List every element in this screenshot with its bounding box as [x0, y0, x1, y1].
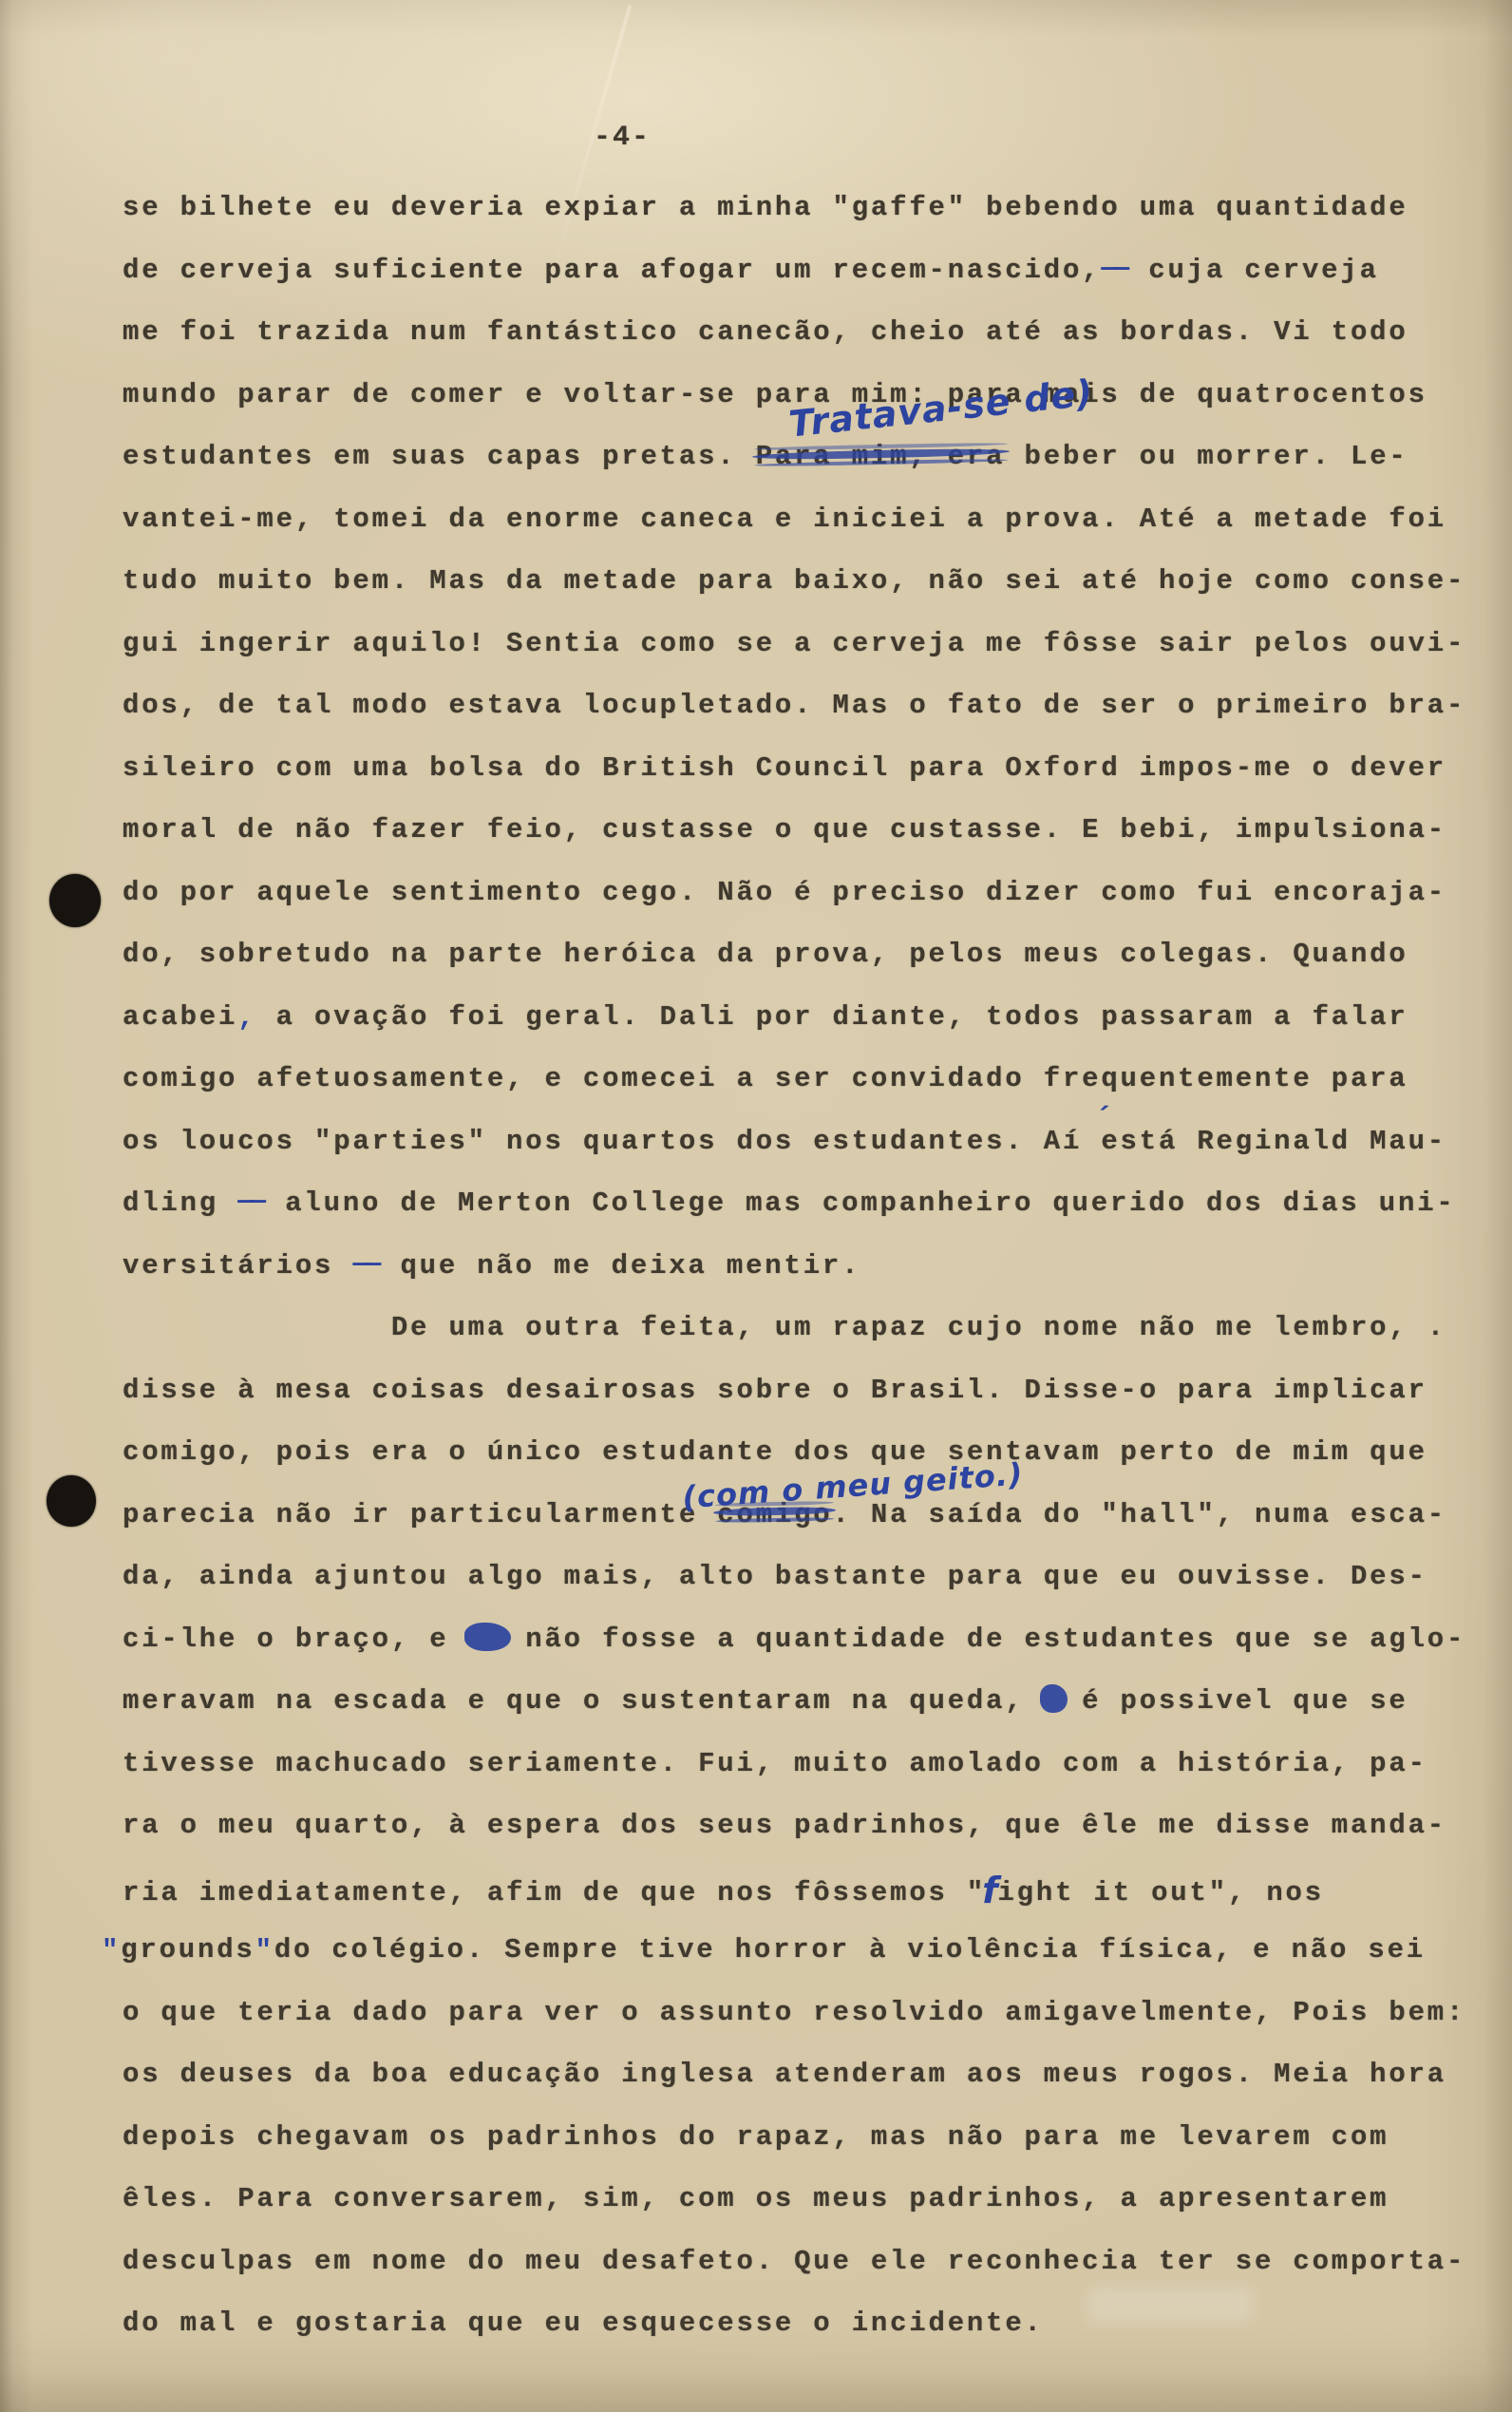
typed-text: gui ingerir aquilo! Sentia como se a cer… [123, 628, 1465, 659]
handwritten-ink: " [102, 1935, 121, 1966]
typed-line-17: dling —— aluno de Merton College mas com… [123, 1172, 1490, 1235]
typed-text: estudantes em suas capas pretas. [123, 441, 756, 472]
typed-text: meravam na escada e que o sustentaram na… [123, 1685, 1044, 1717]
typed-text: . Na saída do "hall", numa esca- [833, 1499, 1447, 1530]
typed-line-14: acabei, a ovação foi geral. Dali por dia… [123, 986, 1490, 1049]
typed-line-18: versitários —— que não me deixa mentir. [123, 1235, 1490, 1298]
typed-text: do por aquele sentimento cego. Não é pre… [123, 877, 1446, 908]
typed-text: comigo afetuosamente, e comecei a ser co… [123, 1063, 1408, 1094]
typed-line-10: sileiro com uma bolsa do British Council… [123, 737, 1490, 800]
typed-text: êles. Para conversarem, sim, com os meus… [123, 2183, 1389, 2214]
handwritten-letter: f [982, 1870, 1000, 1911]
handwritten-dash: —— [237, 1186, 261, 1217]
typed-text: versitários [123, 1250, 352, 1282]
typed-text: depois chegavam os padrinhos do rapaz, m… [123, 2121, 1389, 2153]
typed-line-16: os loucos "parties" nos quartos dos estu… [123, 1111, 1490, 1173]
typed-text: beber ou morrer. Le- [1005, 441, 1408, 472]
handwritten-ink: , [237, 1002, 256, 1034]
typed-text: os loucos "parties" nos quartos dos estu… [123, 1126, 1446, 1157]
typed-text: grounds [121, 1934, 255, 1966]
typed-line-12: do por aquele sentimento cego. Não é pre… [123, 862, 1490, 924]
typed-text: é possivel que se [1063, 1685, 1408, 1717]
typed-line-32: depois chegavam os padrinhos do rapaz, m… [123, 2106, 1490, 2169]
typed-text: comigo, pois era o único estudante dos q… [123, 1436, 1427, 1468]
typed-line-3: me foi trazida num fantástico canecão, c… [123, 301, 1490, 364]
typed-text: da, ainda ajuntou algo mais, alto bastan… [123, 1561, 1427, 1592]
typed-text: dling [123, 1187, 237, 1219]
typed-line-24: ci-lhe o braço, e se não fosse a quantid… [123, 1608, 1490, 1671]
typed-line-1: se bilhete eu deveria expiar a minha "ga… [123, 177, 1490, 239]
typed-text: disse à mesa coisas desairosas sobre o B… [123, 1375, 1427, 1406]
handwritten-dash: —— [1101, 253, 1125, 284]
typed-line-28: ria imediatamente, afim de que nos fôsse… [123, 1857, 1490, 1920]
typed-text: moral de não fazer feio, custasse o que … [123, 814, 1446, 845]
typed-line-30: o que teria dado para ver o assunto reso… [123, 1982, 1490, 2044]
typed-line-15: comigo afetuosamente, e comecei a ser co… [123, 1048, 1490, 1111]
page-number: -4- [546, 122, 698, 154]
typed-text: De uma outra feita, um rapaz cujo nome n… [123, 1312, 1446, 1343]
struck-text: Para mim, era [756, 441, 1006, 472]
typed-text: a ovação foi geral. Dali por diante, tod… [256, 1001, 1408, 1033]
typed-text: se bilhete eu deveria expiar a minha "ga… [123, 192, 1408, 223]
typed-text: acabei [123, 1001, 237, 1033]
typed-line-23: da, ainda ajuntou algo mais, alto bastan… [123, 1546, 1490, 1608]
typed-text: não fosse a quantidade de estudantes que… [506, 1624, 1465, 1655]
typed-text: parecia não ir particularmente [123, 1499, 717, 1530]
handwritten-dash: —— [352, 1248, 376, 1280]
typed-text: cuja cerveja [1129, 255, 1379, 286]
typed-text: mundo parar de comer e voltar-se para mi… [123, 379, 1427, 410]
typed-line-11: moral de não fazer feio, custasse o que … [123, 799, 1490, 862]
typed-line-7: tudo muito bem. Mas da metade para baixo… [123, 550, 1490, 613]
document-page: -4- se bilhete eu deveria expiar a minha… [0, 0, 1512, 2412]
typed-text: tudo muito bem. Mas da metade para baixo… [123, 565, 1465, 597]
typed-text: os deuses da boa educação inglesa atende… [123, 2059, 1446, 2090]
typed-line-2: de cerveja suficiente para afogar um rec… [123, 239, 1490, 302]
typed-text: que não me deixa mentir. [381, 1250, 860, 1282]
typed-line-13: do, sobretudo na parte heróica da prova,… [123, 923, 1490, 986]
typed-line-27: ra o meu quarto, à espera dos seus padri… [123, 1795, 1490, 1857]
typed-text: do colégio. Sempre tive horror à violênc… [274, 1934, 1426, 1966]
typed-text-block: se bilhete eu deveria expiar a minha "ga… [123, 177, 1490, 2355]
typed-line-25: meravam na escada e que o sustentaram na… [123, 1670, 1490, 1733]
typed-line-8: gui ingerir aquilo! Sentia como se a cer… [123, 613, 1490, 675]
typed-text: aluno de Merton College mas companheiro … [266, 1187, 1456, 1219]
typed-text: ra o meu quarto, à espera dos seus padri… [123, 1810, 1446, 1841]
typed-line-6: vantei-me, tomei da enorme caneca e inic… [123, 488, 1490, 551]
typed-line-20: disse à mesa coisas desairosas sobre o B… [123, 1359, 1490, 1422]
handwritten-ink: " [255, 1935, 274, 1966]
typed-text: ria imediatamente, afim de que nos fôsse… [123, 1877, 986, 1909]
punch-hole-dot-top [49, 874, 101, 927]
punch-hole-dot-bottom [47, 1475, 96, 1527]
typed-text: vantei-me, tomei da enorme caneca e inic… [123, 503, 1446, 535]
typed-text: de cerveja suficiente para afogar um rec… [123, 255, 1101, 286]
typed-text: o que teria dado para ver o assunto reso… [123, 1997, 1465, 2028]
typed-text: desculpas em nome do meu desafeto. Que e… [123, 2246, 1465, 2277]
typed-text: do mal e gostaria que eu esquecesse o in… [123, 2308, 1044, 2339]
typed-line-26: tivesse machucado seriamente. Fui, muito… [123, 1733, 1490, 1795]
typed-line-31: os deuses da boa educação inglesa atende… [123, 2043, 1490, 2106]
ink-blot: se [468, 1624, 506, 1655]
typed-text: tivesse machucado seriamente. Fui, muito… [123, 1748, 1427, 1779]
typed-line-29: "grounds"do colégio. Sempre tive horror … [102, 1919, 1490, 1982]
typed-text: me foi trazida num fantástico canecão, c… [123, 316, 1408, 348]
typed-text: ight it out", nos [997, 1877, 1323, 1909]
typed-line-9: dos, de tal modo estava locupletado. Mas… [123, 674, 1490, 737]
typed-line-33: êles. Para conversarem, sim, com os meus… [123, 2168, 1490, 2231]
typed-line-35: do mal e gostaria que eu esquecesse o in… [123, 2292, 1490, 2355]
typed-text: sileiro com uma bolsa do British Council… [123, 752, 1446, 784]
typed-text: ci-lhe o braço, e [123, 1624, 468, 1655]
typed-text: do, sobretudo na parte heróica da prova,… [123, 939, 1408, 970]
typed-line-34: desculpas em nome do meu desafeto. Que e… [123, 2231, 1490, 2293]
typed-line-19: De uma outra feita, um rapaz cujo nome n… [123, 1297, 1490, 1359]
eraser-smudge [1087, 2288, 1254, 2322]
ink-blot: e [1044, 1685, 1063, 1717]
typed-text: dos, de tal modo estava locupletado. Mas… [123, 690, 1465, 721]
